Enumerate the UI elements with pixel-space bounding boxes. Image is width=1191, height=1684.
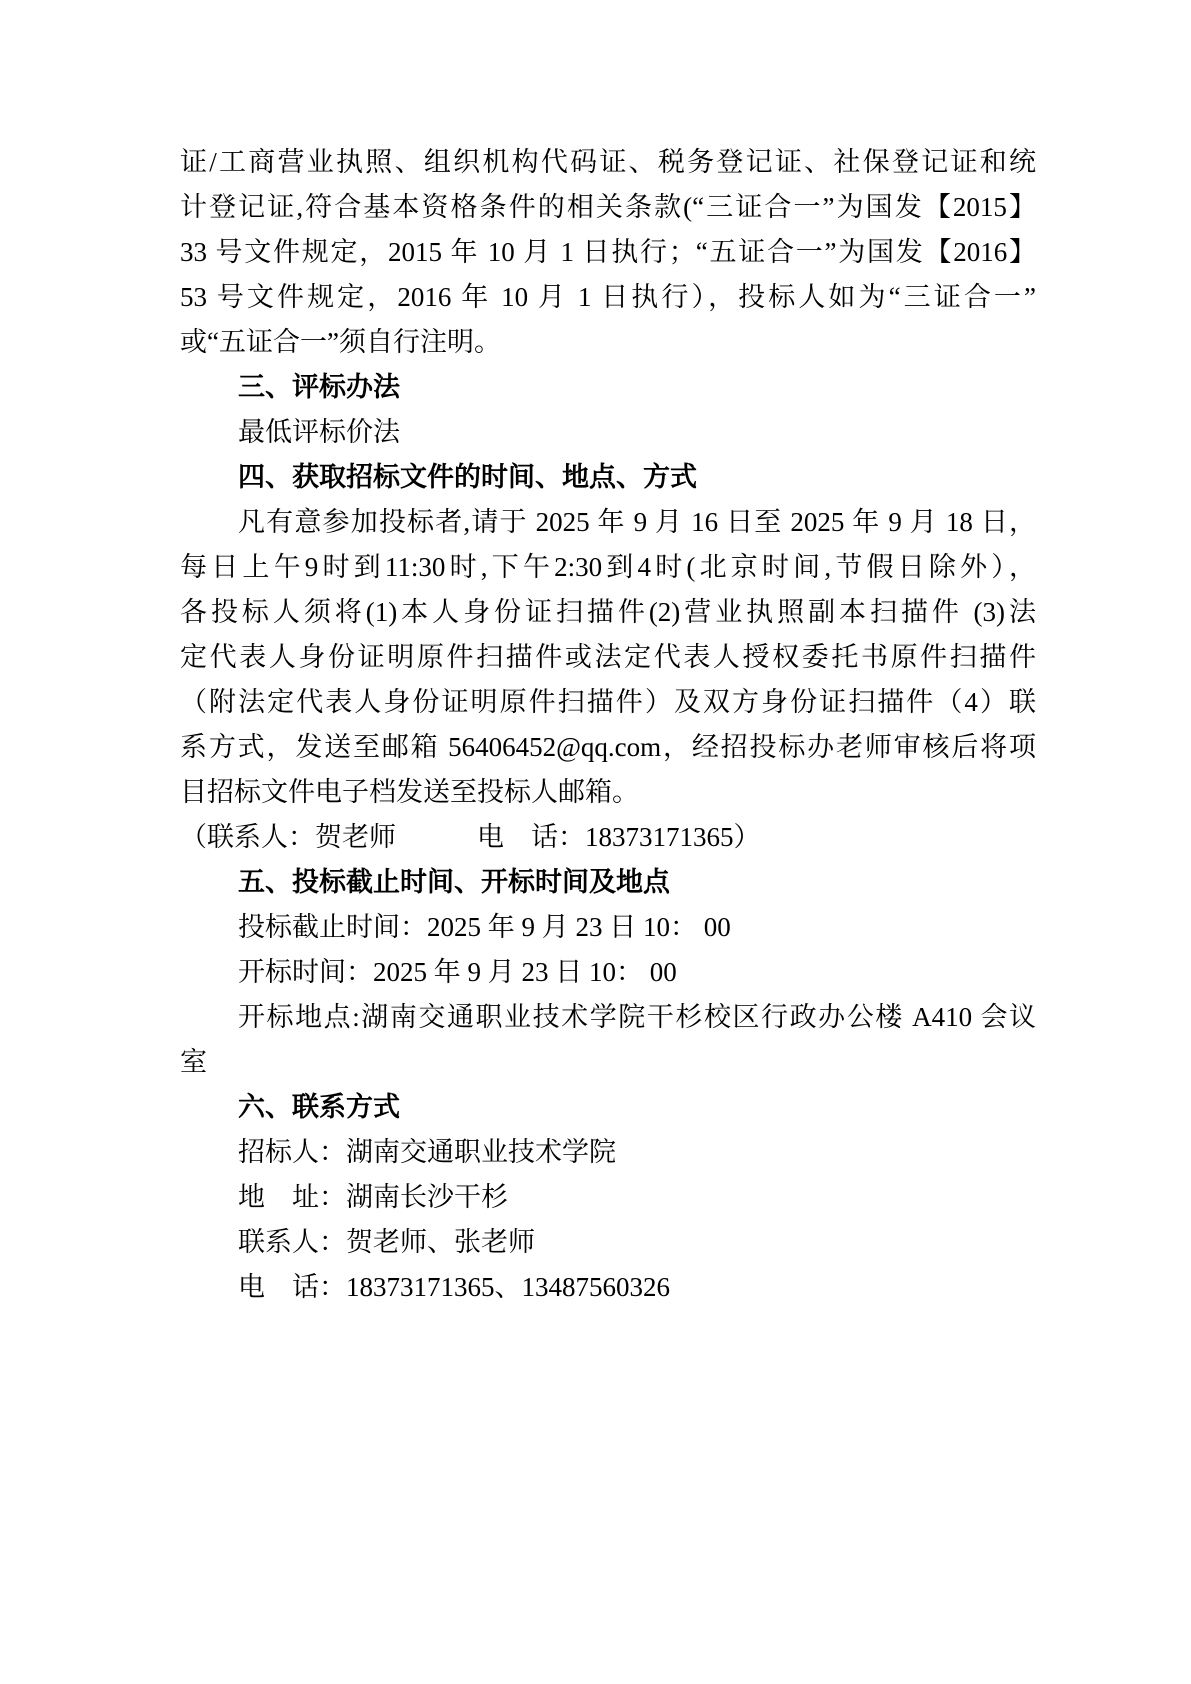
document-content: 证/工商营业执照、组织机构代码证、税务登记证、社保登记证和统 计登记证,符合基本… [180,140,1036,1310]
text-line-contact-persons: 联系人：贺老师、张老师 [180,1220,1036,1265]
text-line-obtain-6-email: 系方式，发送至邮箱 56406452@qq.com，经招投标办老师审核后将项 [180,725,1036,770]
text-line-certificates-2: 计登记证,符合基本资格条件的相关条款(“三证合一”为国发【2015】 [180,185,1036,230]
text-line-opening-place-2: 室 [180,1040,1036,1085]
text-line-address: 地 址：湖南长沙干杉 [180,1175,1036,1220]
text-line-opening-place-1: 开标地点:湖南交通职业技术学院干杉校区行政办公楼 A410 会议 [180,995,1036,1040]
text-line-certificates-5: 或“五证合一”须自行注明。 [180,320,1036,365]
text-line-opening-time: 开标时间：2025 年 9 月 23 日 10： 00 [180,950,1036,995]
text-line-phones: 电 话：18373171365、13487560326 [180,1265,1036,1310]
text-line-obtain-4: 定代表人身份证明原件扫描件或法定代表人授权委托书原件扫描件 [180,635,1036,680]
text-line-obtain-1: 凡有意参加投标者,请于 2025 年 9 月 16 日至 2025 年 9 月 … [180,500,1036,545]
text-line-bid-deadline: 投标截止时间：2025 年 9 月 23 日 10： 00 [180,905,1036,950]
text-line-certificates-3: 33 号文件规定，2015 年 10 月 1 日执行；“五证合一”为国发【201… [180,230,1036,275]
heading-section-3-evaluation: 三、评标办法 [180,365,1036,410]
text-line-obtain-2: 每日上午9时到11:30时,下午2:30到4时(北京时间,节假日除外）， [180,545,1036,590]
document-page: 证/工商营业执照、组织机构代码证、税务登记证、社保登记证和统 计登记证,符合基本… [0,0,1191,1684]
heading-section-6-contact: 六、联系方式 [180,1085,1036,1130]
text-line-certificates-1: 证/工商营业执照、组织机构代码证、税务登记证、社保登记证和统 [180,140,1036,185]
text-line-obtain-5: （附法定代表人身份证明原件扫描件）及双方身份证扫描件（4）联 [180,680,1036,725]
text-line-obtain-7: 目招标文件电子档发送至投标人邮箱。 [180,770,1036,815]
heading-section-5-deadline: 五、投标截止时间、开标时间及地点 [180,860,1036,905]
text-line-obtain-3: 各投标人须将(1)本人身份证扫描件(2)营业执照副本扫描件 (3)法 [180,590,1036,635]
heading-section-4-obtain-docs: 四、获取招标文件的时间、地点、方式 [180,455,1036,500]
text-line-evaluation-method: 最低评标价法 [180,410,1036,455]
text-line-certificates-4: 53 号文件规定，2016 年 10 月 1 日执行），投标人如为“三证合一” [180,275,1036,320]
text-line-tenderer: 招标人：湖南交通职业技术学院 [180,1130,1036,1175]
text-line-contact-he-phone: （联系人：贺老师 电 话：18373171365） [180,815,1036,860]
